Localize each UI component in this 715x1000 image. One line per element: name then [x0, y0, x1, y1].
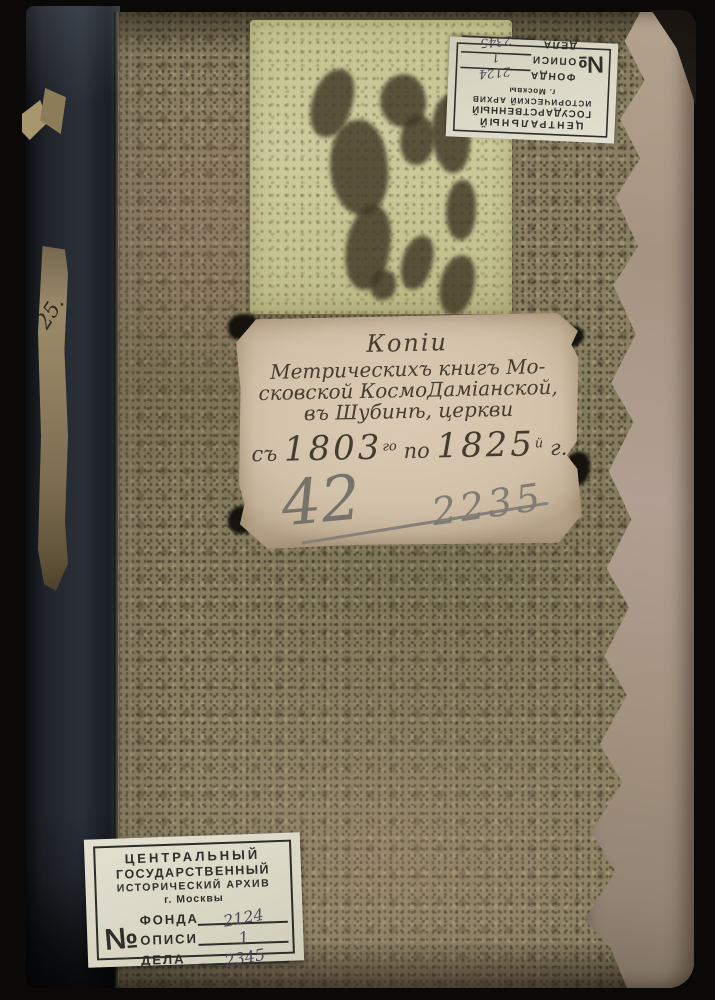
- ink-stain: [370, 270, 396, 300]
- years-prefix: съ: [251, 442, 277, 467]
- year-to: 1825: [436, 424, 535, 466]
- years-suffix: г.: [550, 436, 568, 460]
- worn-right-edge: [582, 12, 694, 988]
- year-from-suffix: го: [382, 439, 397, 454]
- stamp-field-label: ОПИСИ: [140, 931, 198, 948]
- stamp-field-line: 2345: [199, 944, 290, 966]
- torn-paper-flap: [592, 214, 621, 236]
- archive-name: ЦЕНТРАЛЬНЫЙ ГОСУДАРСТВЕННЫЙ ИСТОРИЧЕСКИЙ…: [458, 83, 605, 133]
- book-cover-photo: 25. ЦЕНТРАЛЬНЫЙ ГОСУДА: [0, 0, 715, 1000]
- stamp-fields: № ФОНДА 2124 ОПИСИ 1 ДЕЛА 2345: [101, 904, 289, 969]
- ink-stain: [446, 180, 476, 240]
- numero-sign: №: [576, 50, 606, 77]
- pencil-number-left: 42: [278, 460, 363, 540]
- stamp-field-value-handwritten: 1: [491, 49, 500, 65]
- stamp-field-line: 1: [198, 924, 289, 946]
- stamp-field-label: ФОНДА: [139, 911, 197, 928]
- stamp-field-label: ФОНДА: [530, 69, 576, 83]
- torn-paper-flap: [589, 693, 620, 717]
- numero-sign: №: [101, 921, 142, 958]
- ink-stain: [400, 115, 434, 165]
- stamp-field-label: ДЕЛА: [531, 38, 577, 52]
- stamp-field-label: ОПИСИ: [531, 54, 577, 68]
- stamp-field-line: 2124: [460, 66, 531, 84]
- stamp-field-rows: ФОНДА 2124 ОПИСИ 1 ДЕЛА 2345: [139, 904, 289, 968]
- ink-stain: [436, 253, 479, 318]
- stamp-fields: № ФОНДА 2124 ОПИСИ 1 ДЕЛА 2345: [460, 35, 607, 87]
- title-years-line: съ 1803го по 1825й г.: [238, 423, 581, 470]
- stamp-field-line: 2124: [197, 904, 288, 926]
- spine-label-strip: 25.: [38, 246, 68, 591]
- stamp-field-value-handwritten: 2345: [480, 33, 513, 51]
- handwritten-title-label: Копіи Метрическихъ книгъ Мо- сковской Ко…: [236, 312, 583, 549]
- year-to-suffix: й: [535, 436, 544, 451]
- torn-paper-flap: [40, 88, 66, 134]
- archive-name: ЦЕНТРАЛЬНЫЙ ГОСУДАРСТВЕННЫЙ ИСТОРИЧЕСКИЙ…: [99, 847, 287, 909]
- archive-stamp-bottom: ЦЕНТРАЛЬНЫЙ ГОСУДАРСТВЕННЫЙ ИСТОРИЧЕСКИЙ…: [84, 832, 304, 967]
- stamp-frame: ЦЕНТРАЛЬНЫЙ ГОСУДАРСТВЕННЫЙ ИСТОРИЧЕСКИЙ…: [93, 840, 295, 961]
- ink-stain: [397, 232, 438, 292]
- stamp-field-value-handwritten: 1: [237, 928, 250, 948]
- torn-paper-flap: [22, 88, 68, 144]
- torn-paper-flap: [585, 458, 618, 481]
- stamp-frame: ЦЕНТРАЛЬНЫЙ ГОСУДАРСТВЕННЫЙ ИСТОРИЧЕСКИЙ…: [453, 42, 611, 138]
- stamp-field-label: ДЕЛА: [141, 951, 199, 968]
- archive-stamp-top: ЦЕНТРАЛЬНЫЙ ГОСУДАРСТВЕННЫЙ ИСТОРИЧЕСКИЙ…: [446, 36, 619, 143]
- stamp-field-value-handwritten: 2124: [478, 64, 511, 82]
- years-mid: по: [403, 439, 430, 464]
- pencil-number-right: 2235: [429, 475, 547, 535]
- spine-shelf-number: 25.: [31, 295, 67, 333]
- stamp-field-rows: ФОНДА 2124 ОПИСИ 1 ДЕЛА 2345: [460, 35, 577, 86]
